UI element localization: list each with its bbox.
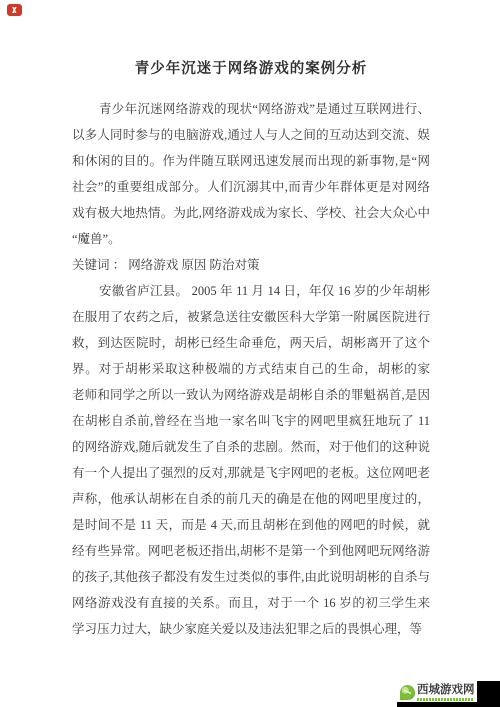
- text-line: “魔兽”。: [72, 226, 430, 252]
- text-line: 界。对于胡彬采取这种极端的方式结束自己的生命，胡彬的家人、: [72, 356, 430, 382]
- text-line: 戏有极大地热情。为此,网络游戏成为家长、学校、社会大众心中的: [72, 200, 430, 226]
- text-line: 在胡彬自杀前,曾经在当地一家名叫飞宇的网吧里疯狂地玩了 11 天: [72, 408, 430, 434]
- text-line: 老师和同学之所以一致认为网络游戏是胡彬自杀的罪魁祸首,是因为: [72, 382, 430, 408]
- text-line: 和休闲的目的。作为伴随互联网迅速发展而出现的新事物,是“网络: [72, 148, 430, 174]
- site-name: 西城游戏网: [417, 684, 475, 697]
- text-line: 安徽省庐江县。 2005 年 11 月 14 日，年仅 16 岁的少年胡彬: [72, 278, 430, 304]
- text-line: 有一个人提出了强烈的反对,那就是飞宇网吧的老板。这位网吧老板: [72, 460, 430, 486]
- text-line: 经有些异常。网吧老板还指出,胡彬不是第一个到他网吧玩网络游戏: [72, 538, 430, 564]
- document-title: 青少年沉迷于网络游戏的案例分析: [72, 56, 430, 82]
- site-logo-main: 西城游戏网: [417, 684, 475, 701]
- document-content: 青少年沉迷于网络游戏的案例分析 青少年沉迷网络游戏的现状“网络游戏”是通过互联网…: [72, 56, 430, 642]
- site-logo-card: 西城游戏网: [397, 681, 477, 702]
- text-line: 的网络游戏,随后就发生了自杀的悲剧。然而，对于他们的这种说法,: [72, 434, 430, 460]
- document-page: 青少年沉迷于网络游戏的案例分析 青少年沉迷网络游戏的现状“网络游戏”是通过互联网…: [0, 0, 500, 707]
- text-line: 关键词 ： 网络游戏 原因 防治对策: [72, 252, 430, 278]
- text-line: 在服用了农药之后，被紧急送往安徽医科大学第一附属医院进行抢: [72, 304, 430, 330]
- text-line: 的孩子,其他孩子都没有发生过类似的事件,由此说明胡彬的自杀与玩: [72, 564, 430, 590]
- text-line: 是时间不是 11 天，而是 4 天,而且胡彬在到他的网吧的时候，就已: [72, 512, 430, 538]
- red-stamp-icon: [7, 4, 22, 16]
- text-line: 青少年沉迷网络游戏的现状“网络游戏”是通过互联网进行、可: [72, 96, 430, 122]
- text-line: 社会”的重要组成部分。人们沉溺其中,而青少年群体更是对网络游: [72, 174, 430, 200]
- game-site-logo-icon: [400, 685, 415, 700]
- site-watermark: 西城游戏网: [397, 681, 500, 707]
- text-line: 救，到达医院时，胡彬已经生命垂危，两天后，胡彬离开了这个世: [72, 330, 430, 356]
- text-line: 学习压力过大，缺少家庭关爱以及违法犯罪之后的畏惧心理，等: [72, 616, 430, 642]
- document-body: 青少年沉迷网络游戏的现状“网络游戏”是通过互联网进行、可以多人同时参与的电脑游戏…: [72, 96, 430, 642]
- text-line: 以多人同时参与的电脑游戏,通过人与人之间的互动达到交流、娱乐: [72, 122, 430, 148]
- logo-tagline: [417, 698, 473, 701]
- text-line: 网络游戏没有直接的关系。而且，对于一个 16 岁的初三学生来说，: [72, 590, 430, 616]
- text-line: 声称，他承认胡彬在自杀的前几天的确是在他的网吧里度过的，但: [72, 486, 430, 512]
